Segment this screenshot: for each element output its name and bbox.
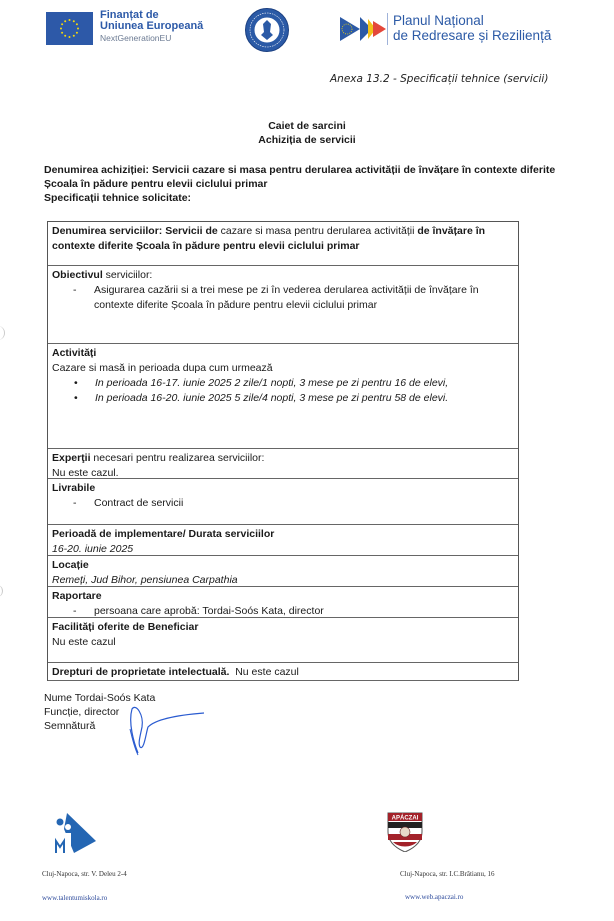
- svg-text:APÁCZAI: APÁCZAI: [392, 815, 419, 822]
- activities-label: Activități: [52, 346, 514, 361]
- objective-label-rest: serviciilor:: [103, 269, 153, 281]
- activities-intro: Cazare si masă in perioada dupa cum urme…: [52, 361, 514, 376]
- reporting-label: Raportare: [52, 589, 514, 604]
- expertise-label-rest: necesari pentru realizarea serviciilor:: [91, 452, 265, 464]
- activities-item-1: In perioada 16-17. iunie 2025 2 zile/1 n…: [52, 376, 514, 391]
- row-period: Perioadă de implementare/ Durata servici…: [48, 525, 518, 556]
- eu-funding-text: Finanțat de Uniunea Europeană NextGenera…: [100, 10, 203, 44]
- location-label: Locație: [52, 558, 514, 573]
- scan-artifact: [0, 585, 3, 597]
- row-activities: Activități Cazare si masă in perioada du…: [48, 344, 518, 449]
- objective-item: Asigurarea cazării si a trei mese pe zi …: [52, 283, 514, 313]
- specifications-table: Denumirea serviciilor: Servicii de cazar…: [47, 221, 519, 681]
- pnrr-arrows-icon: [340, 14, 386, 44]
- row-services-name: Denumirea serviciilor: Servicii de cazar…: [48, 222, 518, 266]
- reporting-item: persoana care aprobă: Tordai-Soós Kata, …: [52, 604, 514, 619]
- ip-rights-value: Nu este cazul: [235, 666, 299, 678]
- row-reporting: Raportare persoana care aprobă: Tordai-S…: [48, 587, 518, 618]
- pnrr-divider: [387, 13, 388, 45]
- period-value: 16-20. iunie 2025: [52, 542, 514, 557]
- handwritten-signature-icon: [108, 703, 208, 758]
- row-facilities: Facilități oferite de Beneficiar Nu este…: [48, 618, 518, 663]
- talentum-logo-icon: [50, 813, 100, 855]
- row-objective: Obiectivul serviciilor: Asigurarea cazăr…: [48, 266, 518, 344]
- row-deliverables: Livrabile Contract de servicii: [48, 479, 518, 525]
- services-name-label: Denumirea serviciilor:: [52, 225, 162, 237]
- activities-item-2: In perioada 16-20. iunie 2025 5 zile/4 n…: [52, 391, 514, 406]
- services-name-bold1: Servicii de: [165, 225, 218, 237]
- row-ip-rights: Drepturi de proprietate intelectuală. Nu…: [48, 663, 518, 681]
- acquisition-block: Denumirea achiziției: Servicii cazare si…: [44, 163, 564, 205]
- expertise-label-bold: Experţii: [52, 452, 91, 464]
- eu-flag-icon: [46, 12, 93, 45]
- pnrr-line2: de Redresare și Reziliență: [393, 28, 551, 43]
- pnrr-title: Planul Național de Redresare și Rezilien…: [393, 13, 551, 43]
- deliverables-item: Contract de servicii: [52, 496, 514, 511]
- annex-label: Anexa 13.2 - Specificații tehnice (servi…: [330, 73, 548, 85]
- scan-artifact: [0, 326, 5, 340]
- eu-line2: Uniunea Europeană: [100, 21, 203, 32]
- services-name-normal: cazare si masa pentru derularea activită…: [218, 225, 418, 237]
- guvernul-romaniei-seal-icon: [245, 8, 289, 52]
- row-expertise: Experţii necesari pentru realizarea serv…: [48, 449, 518, 479]
- footer-right-address: Cluj-Napoca, str. I.C.Brătianu, 16: [400, 870, 494, 878]
- footer-left-website[interactable]: www.talentumiskola.ro: [42, 894, 107, 902]
- pnrr-line1: Planul Național: [393, 13, 551, 28]
- deliverables-label: Livrabile: [52, 481, 514, 496]
- footer-right-website[interactable]: www.web.apaczai.ro: [405, 893, 463, 901]
- location-value: Remeți, Jud Bihor, pensiunea Carpathia: [52, 573, 514, 588]
- apaczai-crest-icon: APÁCZAI: [387, 812, 423, 852]
- facilities-label: Facilități oferite de Beneficiar: [52, 620, 514, 635]
- acquisition-label: Denumirea achiziției:: [44, 164, 149, 176]
- facilities-value: Nu este cazul: [52, 635, 514, 650]
- row-location: Locație Remeți, Jud Bihor, pensiunea Car…: [48, 556, 518, 587]
- document-subtitle: Achiziția de servicii: [0, 134, 614, 146]
- objective-label-bold: Obiectivul: [52, 269, 103, 281]
- period-label: Perioadă de implementare/ Durata servici…: [52, 527, 514, 542]
- specs-label: Specificații tehnice solicitate:: [44, 192, 191, 204]
- eu-line3: NextGenerationEU: [100, 33, 203, 44]
- ip-rights-label: Drepturi de proprietate intelectuală.: [52, 666, 229, 678]
- document-title: Caiet de sarcini: [0, 120, 614, 132]
- footer-left-address: Cluj-Napoca, str. V. Deleu 2-4: [42, 870, 127, 878]
